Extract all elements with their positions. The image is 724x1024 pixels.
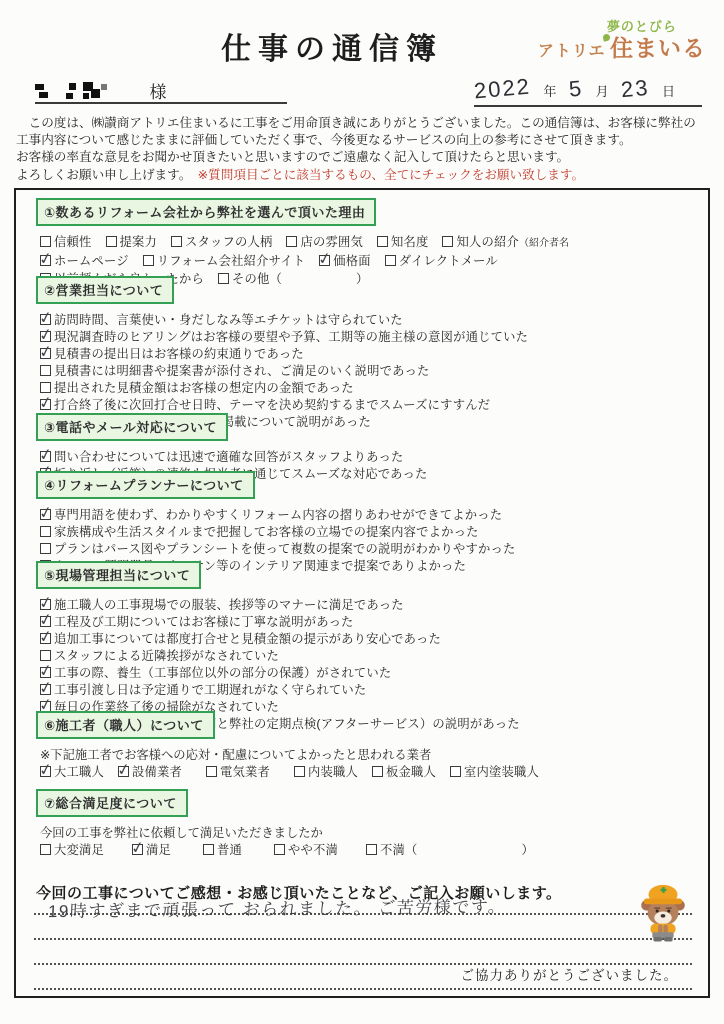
checkbox-option[interactable]: ✓訪問時間、言葉使い・身だしなみ等エチケットは守られていた	[40, 313, 403, 327]
option-line: ✓追加工事については都度打合せと見積金額の提示があり安心であった	[40, 629, 696, 646]
section-sales-rep: ②営業担当について ✓訪問時間、言葉使い・身だしなみ等エチケットは守られていた✓…	[36, 276, 696, 429]
checkbox-option[interactable]: 内装職人	[294, 765, 358, 779]
option-label: 現況調査時のヒアリングはお客様の要望や予算、工期等の施主様の意図が通じていた	[54, 330, 528, 344]
checkbox: ✓	[40, 667, 51, 678]
checkbox	[40, 543, 51, 554]
date-year-value[interactable]: 2022	[473, 74, 532, 105]
checkbox: ✓	[40, 766, 51, 777]
section-craftsmen: ⑥施工者（職人）について ※下記施工者でお客様への応対・配慮についてよかったと思…	[36, 711, 696, 779]
checkbox	[366, 844, 377, 855]
option-line: プランはパース図やプランシートを使って複数の提案での説明がわかりやすかった	[40, 539, 696, 556]
year-label: 年	[543, 84, 556, 99]
checkbox-option[interactable]: ✓工程及び工期についてはお客様に丁寧な説明があった	[40, 615, 354, 629]
option-line: ✓訪問時間、言葉使い・身だしなみ等エチケットは守られていた	[40, 310, 696, 327]
closing-paren: ）	[522, 843, 535, 857]
checkbox	[171, 236, 182, 247]
option-label: ダイレクトメール	[399, 254, 498, 268]
checkbox-option[interactable]: 室内塗装職人	[450, 765, 539, 779]
checkbox	[450, 766, 461, 777]
checkmark-icon: ✓	[129, 837, 146, 859]
questionnaire-box: ①数あるリフォーム会社から弊社を選んで頂いた理由 信頼性提案力スタッフの人柄店の…	[14, 188, 710, 998]
checkbox: ✓	[40, 348, 51, 359]
option-label: 普通	[217, 843, 242, 857]
option-line: ✓現況調査時のヒアリングはお客様の要望や予算、工期等の施主様の意図が通じていた	[40, 327, 696, 344]
option-line: ✓専門用語を使わず、わかりやすくリフォーム内容の摺りあわせができてよかった	[40, 505, 696, 522]
checkbox-option[interactable]: 提出された見積金額はお客様の想定内の金額であった	[40, 381, 354, 395]
checkbox: ✓	[132, 844, 143, 855]
checkbox-option[interactable]: ✓専門用語を使わず、わかりやすくリフォーム内容の摺りあわせができてよかった	[40, 508, 502, 522]
intro-line: 工事内容について感じたままに評価していただく事で、今後更なるサービスの向上の参考…	[16, 132, 716, 149]
option-label: 大工職人	[54, 765, 104, 779]
section-body: 今回の工事を弊社に依頼して満足いただきましたか大変満足✓満足普通やや不満不満（）	[40, 823, 696, 874]
logo-sumairu: 住まいる	[610, 35, 706, 61]
section-title: ①数あるリフォーム会社から弊社を選んで頂いた理由	[36, 198, 376, 226]
checkbox-option[interactable]: やや不満	[274, 843, 338, 857]
option-label: 知名度	[391, 235, 429, 249]
intro-text: この度は、㈱讃商アトリエ住まいるに工事をご用命頂き誠にありがとうございました。こ…	[16, 115, 716, 184]
company-logo: 夢のとびら アトリエ 住まいる	[538, 20, 706, 61]
section-title: ③電話やメール対応について	[36, 413, 228, 441]
option-line	[40, 857, 696, 874]
option-label: 店の雰囲気	[300, 235, 363, 249]
option-label: 追加工事については都度打合せと見積金額の提示があり安心であった	[54, 632, 441, 646]
option-label: 板金職人	[386, 765, 436, 779]
checkmark-icon: ✓	[115, 759, 132, 781]
logo-atelier: アトリエ	[538, 43, 606, 60]
checkbox: ✓	[40, 509, 51, 520]
option-label: 工事引渡し日は予定通りで工期遅れがなく守られていた	[54, 683, 366, 697]
checkbox-option[interactable]: 店の雰囲気	[286, 235, 363, 249]
option-line: スタッフによる近隣挨拶がなされていた	[40, 646, 696, 663]
red-instruction-note: ※質問項目ごとに該当するもの、全てにチェックをお願い致します。	[198, 168, 584, 182]
option-label: 電気業者	[220, 765, 270, 779]
option-line: ✓見積書の提出日はお客様の約束通りであった	[40, 344, 696, 361]
option-label: やや不満	[288, 843, 338, 857]
option-label: リフォーム会社紹介サイト	[157, 254, 306, 268]
option-label: ホームページ	[54, 254, 129, 268]
option-label: 打合終了後に次回打合せ日時、テーマを決め契約するまでスムーズにすすんだ	[54, 398, 490, 412]
checkbox-option[interactable]: ✓満足	[132, 843, 171, 857]
option-sublabel: （紹介者名	[519, 238, 569, 249]
checkmark-icon: ✓	[37, 660, 54, 682]
option-label: 信頼性	[54, 235, 92, 249]
section-note: ※下記施工者でお客様への応対・配慮についてよかったと思われる業者	[40, 748, 431, 762]
checkbox: ✓	[40, 599, 51, 610]
checkbox	[40, 382, 51, 393]
option-line: 提出された見積金額はお客様の想定内の金額であった	[40, 378, 696, 395]
checkbox	[40, 526, 51, 537]
section-body: ※下記施工者でお客様への応対・配慮についてよかったと思われる業者✓大工職人✓設備…	[40, 745, 696, 779]
checkbox-option[interactable]: ✓工事の際、養生（工事部位以外の部分の保護）がされていた	[40, 666, 391, 680]
checkbox-option[interactable]: 提案力	[106, 235, 158, 249]
checkbox-option[interactable]: 板金職人	[372, 765, 436, 779]
name-honorific: 様	[149, 83, 166, 102]
section-title: ⑦総合満足度について	[36, 789, 188, 817]
option-label: 満足	[146, 843, 171, 857]
checkbox-option[interactable]: ✓工事引渡し日は予定通りで工期遅れがなく守られていた	[40, 683, 366, 697]
checkbox: ✓	[40, 633, 51, 644]
checkbox-option[interactable]: プランはパース図やプランシートを使って複数の提案での説明がわかりやすかった	[40, 542, 515, 556]
option-label: 提出された見積金額はお客様の想定内の金額であった	[54, 381, 354, 395]
checkmark-icon: ✓	[37, 592, 54, 614]
option-label: 設備業者	[132, 765, 182, 779]
checkbox-option[interactable]: 普通	[203, 843, 242, 857]
option-line: ✓問い合わせについては迅速で適確な回答がスタッフよりあった	[40, 447, 696, 464]
checkbox	[143, 255, 154, 266]
section-reasons: ①数あるリフォーム会社から弊社を選んで頂いた理由 信頼性提案力スタッフの人柄店の…	[36, 198, 696, 288]
option-label: 見積書には明細書や提案書が添付され、ご満足のいく説明であった	[54, 364, 430, 378]
checkbox-option[interactable]: リフォーム会社紹介サイト	[143, 254, 306, 268]
checkbox	[40, 365, 51, 376]
customer-name-line: 様	[35, 78, 287, 104]
option-label: 訪問時間、言葉使い・身だしなみ等エチケットは守られていた	[54, 313, 403, 327]
checkbox-option[interactable]: ✓問い合わせについては迅速で適確な回答がスタッフよりあった	[40, 450, 404, 464]
option-label: 専門用語を使わず、わかりやすくリフォーム内容の摺りあわせができてよかった	[54, 508, 502, 522]
option-label: 大変満足	[54, 843, 104, 857]
checkbox-option[interactable]: 大変満足	[40, 843, 104, 857]
option-line: ✓工事の際、養生（工事部位以外の部分の保護）がされていた	[40, 663, 696, 680]
logo-slogan: 夢のとびら	[578, 20, 706, 35]
checkbox	[40, 844, 51, 855]
checkbox	[40, 236, 51, 247]
checkbox	[40, 650, 51, 661]
checkmark-icon: ✓	[37, 677, 54, 699]
checkbox-option[interactable]: ✓打合終了後に次回打合せ日時、テーマを決め契約するまでスムーズにすすんだ	[40, 398, 490, 412]
option-line: ✓施工職人の工事現場での服装、挨拶等のマナーに満足であった	[40, 595, 696, 612]
option-label: 工程及び工期についてはお客様に丁寧な説明があった	[54, 615, 354, 629]
intro-line: お客様の率直な意見をお聞かせ頂きたいと思いますのでご遠慮なく記入して頂けたらと思…	[16, 149, 716, 166]
section-title: ⑥施工者（職人）について	[36, 711, 215, 739]
checkbox: ✓	[40, 255, 51, 266]
checkbox-option[interactable]: 家族構成や生活スタイルまで把握してお客様の立場での提案内容でよかった	[40, 525, 479, 539]
bear-mascot-icon	[634, 882, 692, 942]
checkbox: ✓	[40, 616, 51, 627]
option-label: スタッフによる近隣挨拶がなされていた	[54, 649, 279, 663]
checkbox-option[interactable]: ✓ホームページ	[40, 254, 129, 268]
option-label: 施工職人の工事現場での服装、挨拶等のマナーに満足であった	[54, 598, 404, 612]
checkmark-icon: ✓	[37, 341, 54, 363]
checkmark-icon: ✓	[37, 626, 54, 648]
checkbox-option[interactable]: 知名度	[377, 235, 429, 249]
checkbox-option[interactable]: ✓施工職人の工事現場での服装、挨拶等のマナーに満足であった	[40, 598, 404, 612]
option-line: ✓工事引渡し日は予定通りで工期遅れがなく守られていた	[40, 680, 696, 697]
checkbox	[377, 236, 388, 247]
option-label: 内装職人	[308, 765, 358, 779]
checkbox: ✓	[40, 451, 51, 462]
option-label: 不満（	[380, 843, 418, 857]
checkbox: ✓	[118, 766, 129, 777]
checkbox	[442, 236, 453, 247]
option-line: 今回の工事を弊社に依頼して満足いただきましたか	[40, 823, 696, 840]
checkmark-icon: ✓	[37, 307, 54, 329]
checkbox: ✓	[40, 331, 51, 342]
checkmark-icon: ✓	[317, 247, 334, 269]
date-month-value[interactable]: 5	[568, 75, 584, 102]
checkbox-option[interactable]: ✓価格面	[319, 254, 371, 268]
section-title: ④リフォームプランナーについて	[36, 471, 255, 499]
option-line: ✓大工職人✓設備業者電気業者内装職人板金職人室内塗装職人	[40, 762, 696, 779]
checkmark-icon: ✓	[37, 609, 54, 631]
option-line: ✓工程及び工期についてはお客様に丁寧な説明があった	[40, 612, 696, 629]
option-line: 家族構成や生活スタイルまで把握してお客様の立場での提案内容でよかった	[40, 522, 696, 539]
option-label: プランはパース図やプランシートを使って複数の提案での説明がわかりやすかった	[54, 542, 515, 556]
checkbox: ✓	[40, 314, 51, 325]
comment-line[interactable]	[34, 940, 692, 965]
section-note: 今回の工事を弊社に依頼して満足いただきましたか	[40, 826, 323, 840]
checkmark-icon: ✓	[37, 247, 54, 269]
month-label: 月	[596, 84, 609, 99]
option-label: 家族構成や生活スタイルまで把握してお客様の立場での提案内容でよかった	[54, 525, 479, 539]
checkbox-option[interactable]: ✓追加工事については都度打合せと見積金額の提示があり安心であった	[40, 632, 441, 646]
checkbox-option[interactable]: ✓大工職人	[40, 765, 104, 779]
checkbox: ✓	[40, 399, 51, 410]
checkbox	[274, 844, 285, 855]
option-line: ✓打合終了後に次回打合せ日時、テーマを決め契約するまでスムーズにすすんだ	[40, 395, 696, 412]
option-line: ✓ホームページリフォーム会社紹介サイト✓価格面ダイレクトメール	[40, 251, 696, 270]
option-label: 問い合わせについては迅速で適確な回答がスタッフよりあった	[54, 450, 404, 464]
section-planner: ④リフォームプランナーについて ✓専門用語を使わず、わかりやすくリフォーム内容の…	[36, 471, 696, 573]
option-line: ※下記施工者でお客様への応対・配慮についてよかったと思われる業者	[40, 745, 696, 762]
option-label: 知人の紹介	[456, 235, 519, 249]
checkbox-option[interactable]: ✓設備業者	[118, 765, 182, 779]
checkbox-option[interactable]: スタッフの人柄	[171, 235, 272, 249]
checkmark-icon: ✓	[37, 502, 54, 524]
section-title: ②営業担当について	[36, 276, 174, 304]
checkbox: ✓	[319, 255, 330, 266]
checkmark-icon: ✓	[37, 324, 54, 346]
checkbox	[294, 766, 305, 777]
section-body: ✓訪問時間、言葉使い・身だしなみ等エチケットは守られていた✓現況調査時のヒアリン…	[40, 310, 696, 429]
section-title: ⑤現場管理担当について	[36, 561, 201, 589]
option-label: 提案力	[120, 235, 158, 249]
option-label: 価格面	[333, 254, 371, 268]
section-site-manager: ⑤現場管理担当について ✓施工職人の工事現場での服装、挨拶等のマナーに満足であっ…	[36, 561, 696, 731]
option-label: 工事の際、養生（工事部位以外の部分の保護）がされていた	[54, 666, 391, 680]
checkbox-option[interactable]: スタッフによる近隣挨拶がなされていた	[40, 649, 279, 663]
day-label: 日	[662, 84, 675, 99]
checkbox	[206, 766, 217, 777]
checkmark-icon: ✓	[37, 759, 54, 781]
option-line: 信頼性提案力スタッフの人柄店の雰囲気知名度知人の紹介（紹介者名）	[40, 232, 696, 251]
option-line: 大変満足✓満足普通やや不満不満（）	[40, 840, 696, 857]
checkbox-option[interactable]: ✓現況調査時のヒアリングはお客様の要望や予算、工期等の施主様の意図が通じていた	[40, 330, 528, 344]
option-line: 見積書には明細書や提案書が添付され、ご満足のいく説明であった	[40, 361, 696, 378]
checkbox-option[interactable]: 電気業者	[206, 765, 270, 779]
checkbox	[106, 236, 117, 247]
comment-area[interactable]: 19時すぎまで頑張って おられました。 ご苦労様です。	[34, 890, 692, 990]
date-day-value[interactable]: 23	[620, 75, 651, 103]
redacted-customer-name	[35, 80, 131, 102]
checkbox	[372, 766, 383, 777]
intro-line: よろしくお願い申し上げます。 ※質問項目ごとに該当するもの、全てにチェックをお願…	[16, 167, 716, 184]
checkbox	[203, 844, 214, 855]
thanks-footer: ご協力ありがとうございました。	[461, 964, 679, 984]
checkbox	[385, 255, 396, 266]
checkmark-icon: ✓	[37, 444, 54, 466]
option-label: スタッフの人柄	[185, 235, 272, 249]
option-label: 室内塗装職人	[464, 765, 539, 779]
section-overall-satisfaction: ⑦総合満足度について 今回の工事を弊社に依頼して満足いただきましたか大変満足✓満…	[36, 789, 696, 903]
checkmark-icon: ✓	[37, 392, 54, 414]
date-line[interactable]: 2022 年 5 月 23 日	[474, 76, 702, 107]
checkbox-option[interactable]: 不満（	[366, 843, 418, 857]
checkbox-option[interactable]: 見積書には明細書や提案書が添付され、ご満足のいく説明であった	[40, 364, 430, 378]
checkbox: ✓	[40, 684, 51, 695]
survey-form-page: 仕事の通信簿 夢のとびら アトリエ 住まいる 様 2022 年 5 月 23 日…	[0, 0, 724, 1024]
checkbox-option[interactable]: 知人の紹介（紹介者名	[442, 235, 569, 249]
option-label: 見積書の提出日はお客様の約束通りであった	[54, 347, 304, 361]
checkbox-option[interactable]: ✓見積書の提出日はお客様の約束通りであった	[40, 347, 304, 361]
checkbox-option[interactable]: ダイレクトメール	[385, 254, 498, 268]
intro-line: この度は、㈱讃商アトリエ住まいるに工事をご用命頂き誠にありがとうございました。こ…	[16, 115, 716, 132]
checkbox	[286, 236, 297, 247]
checkbox-option[interactable]: 信頼性	[40, 235, 92, 249]
